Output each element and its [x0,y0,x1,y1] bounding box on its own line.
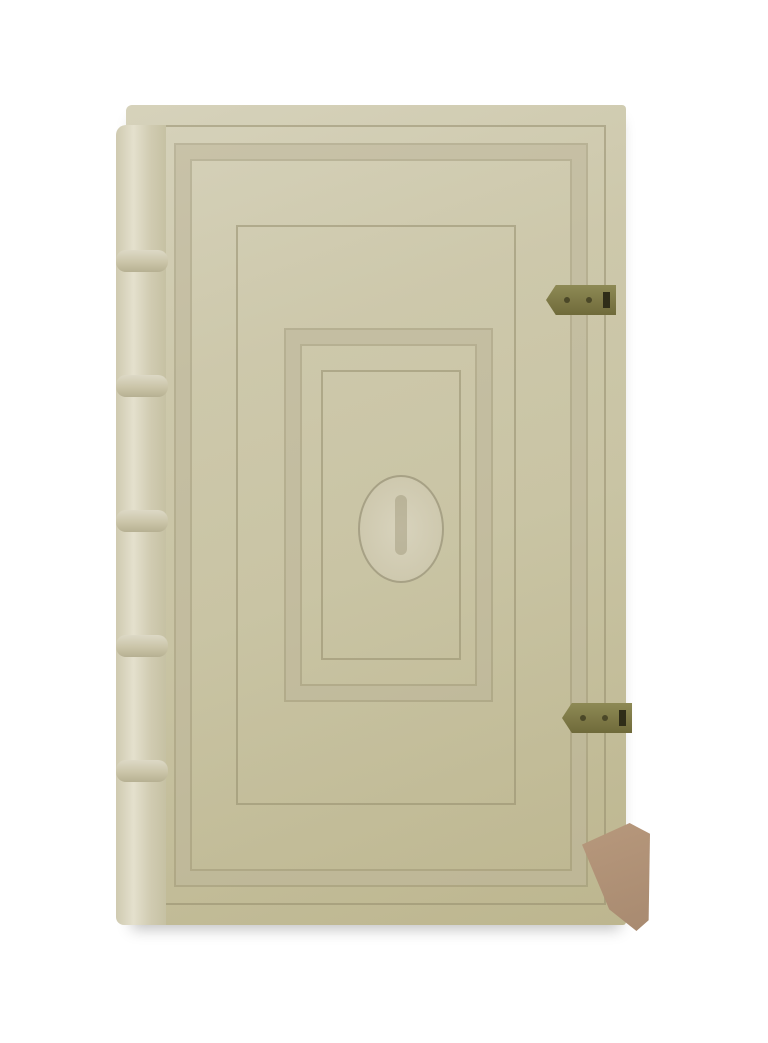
front-board [126,105,626,925]
figure-emblem [395,495,407,555]
clasp-slot [603,292,610,308]
rivet-icon [580,715,586,721]
rivet-icon [564,297,570,303]
raised-band [116,510,168,532]
rivet-icon [586,297,592,303]
lower-clasp [562,703,632,733]
raised-band [116,250,168,272]
rivet-icon [602,715,608,721]
central-medallion [358,475,444,583]
raised-band [116,635,168,657]
spine [116,125,166,925]
book [116,105,636,930]
clasp-slot [619,710,626,726]
raised-band [116,375,168,397]
upper-clasp [546,285,616,315]
image-caption: Antique book with blind-stamped pigskin/… [0,0,1,1]
raised-band [116,760,168,782]
